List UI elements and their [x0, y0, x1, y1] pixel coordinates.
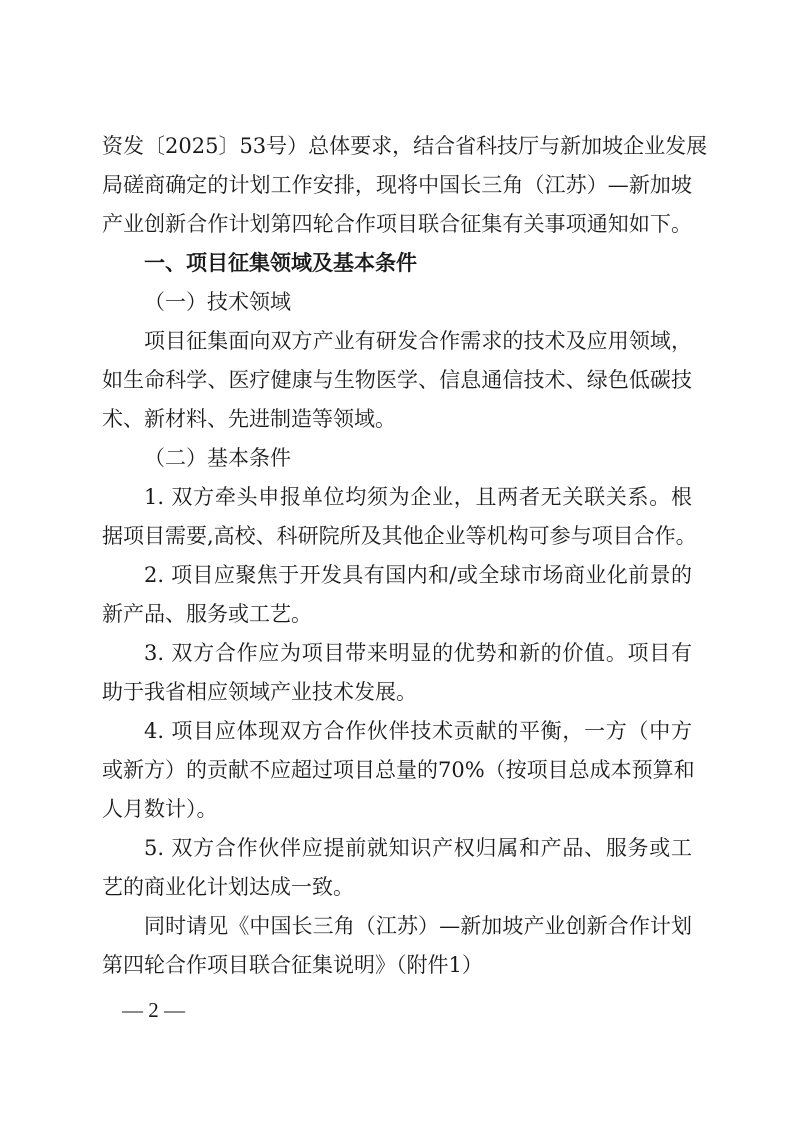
list-item-line: 或新方）的贡献不应超过项目总量的70%（按项目总成本预算和 — [102, 751, 692, 790]
page-number: — 2 — — [122, 996, 185, 1024]
section-heading: 一、项目征集领域及基本条件 — [102, 244, 692, 283]
text-line: 术、新材料、先进制造等领域。 — [102, 400, 692, 439]
list-item-line: 助于我省相应领域产业技术发展。 — [102, 673, 692, 712]
text-line: 局磋商确定的计划工作安排，现将中国长三角（江苏）—新加坡 — [102, 166, 692, 205]
text-line: 项目征集面向双方产业有研发合作需求的技术及应用领域， — [102, 322, 692, 361]
text-line: 如生命科学、医疗健康与生物医学、信息通信技术、绿色低碳技 — [102, 361, 692, 400]
subsection-heading: （一）技术领域 — [102, 283, 692, 322]
list-item-line: 据项目需要,高校、科研院所及其他企业等机构可参与项目合作。 — [102, 517, 692, 556]
subsection-heading: （二）基本条件 — [102, 439, 692, 478]
text-line: 资发〔2025〕53号）总体要求，结合省科技厅与新加坡企业发展 — [102, 127, 692, 166]
list-item-line: 人月数计）。 — [102, 790, 692, 829]
list-item-line: 2. 项目应聚焦于开发具有国内和/或全球市场商业化前景的 — [102, 556, 692, 595]
list-item-line: 3. 双方合作应为项目带来明显的优势和新的价值。项目有 — [102, 634, 692, 673]
see-also-line: 同时请见《中国长三角（江苏）—新加坡产业创新合作计划 — [102, 907, 692, 946]
list-item-line: 4. 项目应体现双方合作伙伴技术贡献的平衡，一方（中方 — [102, 712, 692, 751]
see-also-line: 第四轮合作项目联合征集说明》（附件1） — [102, 946, 692, 985]
text-line: 产业创新合作计划第四轮合作项目联合征集有关事项通知如下。 — [102, 205, 692, 244]
list-item-line: 新产品、服务或工艺。 — [102, 595, 692, 634]
list-item-line: 5. 双方合作伙伴应提前就知识产权归属和产品、服务或工 — [102, 829, 692, 868]
list-item-line: 艺的商业化计划达成一致。 — [102, 868, 692, 907]
document-body: 资发〔2025〕53号）总体要求，结合省科技厅与新加坡企业发展 局磋商确定的计划… — [102, 127, 692, 985]
list-item-line: 1. 双方牵头申报单位均须为企业，且两者无关联关系。根 — [102, 478, 692, 517]
